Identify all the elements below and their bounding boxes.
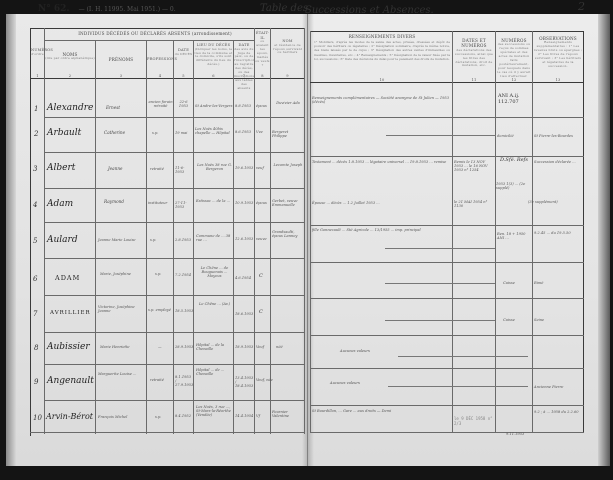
entry-status: veuf xyxy=(256,166,270,170)
col-header-notice-date: DATEdes avis du Juge de paix, ou de l'in… xyxy=(234,43,254,90)
entry-info: St Bourdillon, ... Gare ... aux droits —… xyxy=(312,409,442,413)
col-header-info-notes: 1° Mobiliers, d'après les modes de la sa… xyxy=(314,40,450,61)
row-divider xyxy=(44,188,304,189)
col-sub: (Indiquer les noms, le lieu de la commun… xyxy=(194,48,233,67)
entry-name: Adam xyxy=(47,199,95,209)
col-sub: et résidence de l'époux survivant ou hér… xyxy=(271,44,304,56)
col-header-info: RENSEIGNEMENTS DIVERS xyxy=(312,34,452,39)
entry-death-date: 27-11-1953 xyxy=(175,201,192,209)
entry-observations: Seine xyxy=(534,318,584,322)
entry-name: Arvin-Bérot xyxy=(46,412,96,421)
col-header-death-place: LIEU DU DÉCÈS(Indiquer les noms, le lieu… xyxy=(194,43,233,67)
col-index: 12 xyxy=(496,78,532,83)
entry-numbers: 9.11.1953 xyxy=(506,432,532,436)
entry-name: Angenault xyxy=(47,376,95,386)
right-page-edge xyxy=(598,14,610,466)
entry-first-names: Ernest xyxy=(106,106,146,111)
entry-observations: 9.2.45 ... du 19.5.50 xyxy=(534,231,584,235)
col-index: 1 xyxy=(31,74,44,79)
entry-number: 9 xyxy=(34,378,38,386)
entry-notice-date: 8.6.1953 xyxy=(235,130,254,134)
entry-status: veuve xyxy=(256,237,270,241)
entry-number: 8 xyxy=(34,344,38,352)
entry-notice-date: 10.9.1953 xyxy=(235,201,254,205)
row-divider xyxy=(310,368,584,369)
entry-name: Alexandre xyxy=(47,103,95,113)
entry-profession: ancien forain retraité xyxy=(148,100,173,108)
blank-rule xyxy=(388,386,528,387)
entry-name: AVRILLIER xyxy=(50,310,95,316)
entry-death-date: 7.2.1954 xyxy=(175,273,192,277)
entry-death-date: 22-6 1953 xyxy=(175,100,192,108)
blank-rule xyxy=(398,356,528,357)
col-header-status: ÉTAIT-ILou avaient les époux, mariés ou … xyxy=(255,31,270,68)
register-no-text: N° 62. xyxy=(38,4,70,14)
entry-death-date: 28.9.1953 xyxy=(175,345,192,349)
col-sub: d'ordre xyxy=(31,53,44,57)
entry-number: 2 xyxy=(34,130,38,138)
entry-profession: s.p. xyxy=(155,415,173,419)
entry-observations: 9.2 ; à ... 1958 du 2.2.60 xyxy=(534,410,584,414)
col-index: 8 xyxy=(255,74,270,79)
entry-info: Renseignements complémentaires — Société… xyxy=(312,96,452,104)
entry-survivor: Bergeret Philippe xyxy=(272,130,304,138)
entry-name: Albert xyxy=(47,163,95,173)
row-divider xyxy=(44,258,304,259)
row-divider xyxy=(44,400,304,401)
row-divider xyxy=(44,117,304,118)
col-index: 13 xyxy=(533,78,583,83)
blank-rule xyxy=(385,248,495,249)
table-bottom-rule xyxy=(30,432,305,433)
col-sub: ou avaient les époux, mariés ou veufs ? xyxy=(255,40,270,67)
col-sub: du DÉCÈS xyxy=(174,53,193,57)
entry-death-place: Hôpital ... de ... Chenaille xyxy=(196,368,233,376)
entry-number: 7 xyxy=(33,310,37,318)
col-header-name: NOMS(lire par ordre alphabétique) xyxy=(45,52,95,61)
entry-name: Aulard xyxy=(47,235,95,245)
col-sub: des avis du Juge de paix, ou de l'inscri… xyxy=(234,48,254,91)
right-table-left-border xyxy=(310,31,311,433)
col-index: 6 xyxy=(194,74,233,79)
col-sub: des successions ou reçus de sommes spéci… xyxy=(496,43,532,78)
page-number: 2 xyxy=(578,0,585,13)
table-top-border xyxy=(30,28,305,29)
entry-numbers: D.Sfé. Refs xyxy=(500,158,532,164)
entry-survivor: Lecomte Joseph xyxy=(272,163,304,167)
entry-notice-date: 14.4.1954 xyxy=(235,414,254,418)
entry-death-place: Les Noës 38 rue G. Bergeron xyxy=(196,163,233,171)
entry-number: 6 xyxy=(33,275,37,283)
col-divider xyxy=(270,28,271,434)
entry-observations: (3e supplément) xyxy=(528,200,578,204)
col-sub: Renseignements supplémentaires : 1° Les … xyxy=(533,41,583,68)
col-divider xyxy=(254,28,255,434)
blank-rule xyxy=(385,283,495,284)
col-divider xyxy=(452,31,453,433)
entry-profession: s.p. employé xyxy=(148,308,173,312)
entry-death-place: Estissac ... de la ... xyxy=(196,199,233,203)
col-header-survivor: NOMet résidence de l'époux survivant ou … xyxy=(271,39,304,55)
row-divider xyxy=(310,335,584,336)
col-index: 10 xyxy=(312,78,452,83)
col-index: 5 xyxy=(174,74,193,79)
col-index: 4 xyxy=(147,74,173,79)
entry-first-names: François Michel xyxy=(98,415,146,419)
entry-death-place: Le Chêne ... de Bouguenais ... Moyeux xyxy=(196,266,233,278)
entry-info: fille Gonnecault ... Sté Agricole ... 13… xyxy=(312,228,452,232)
entry-profession: retraité xyxy=(150,167,172,171)
entry-death-place: Commune de ... 38 rue ... xyxy=(196,234,233,242)
col-header-profession: PROFESSIONS xyxy=(147,57,173,62)
entry-death-date: 18.5.1953 xyxy=(175,309,192,313)
entry-survivor: Fournier Valentine xyxy=(272,410,304,418)
entry-info: Testament ... décès 1.8.1953 ... légatai… xyxy=(312,160,452,164)
entry-numbers: ANI A.ij. 112.707 xyxy=(498,94,532,106)
entry-info: Épouse ... décès ... 1.2 Juillet 1953 ..… xyxy=(312,201,452,205)
entry-observations: Rimé xyxy=(534,281,584,285)
entry-name: Arbault xyxy=(47,128,95,138)
entry-number: 3 xyxy=(33,165,37,173)
col-divider xyxy=(44,28,45,434)
entry-notice-date: 12.6.1953 xyxy=(235,237,254,241)
entry-number: 5 xyxy=(33,237,37,245)
entry-observations: St Pierre-les-Bourdes xyxy=(534,134,584,138)
row-divider xyxy=(310,117,584,118)
entry-first-names: Marguerite Louise ... xyxy=(98,372,146,376)
col-label: DATES ET NUMÉROS xyxy=(461,38,486,48)
col-index: 3 xyxy=(96,74,146,79)
entry-death-date: 11-6-1953 xyxy=(175,166,192,174)
col-index: 11 xyxy=(453,78,495,83)
row-divider xyxy=(310,405,584,406)
entry-status: C xyxy=(259,310,269,316)
col-header-num: NUMÉROSd'ordre xyxy=(31,48,44,57)
entry-first-names: Marie Henriette xyxy=(100,345,146,349)
entry-first-names: Jeanne xyxy=(108,167,146,172)
entry-death-date: 8.4.1952 xyxy=(175,414,192,418)
entry-survivor: Gerbet, veuve Emmanuelle xyxy=(272,199,304,207)
group-header-rule xyxy=(44,40,254,41)
entry-observations: Ancienne Pierre xyxy=(534,385,584,389)
entry-first-names: Raymond xyxy=(104,200,146,205)
entry-death-place: Le Chêne ... (Av.) xyxy=(196,302,233,306)
entry-profession: — xyxy=(158,345,170,349)
col-divider xyxy=(95,40,96,434)
entry-status: époux xyxy=(256,201,270,205)
col-divider xyxy=(304,28,305,434)
entry-notice-date: 4.6.1954 xyxy=(235,276,254,280)
col-divider xyxy=(495,31,496,433)
entry-profession: instituteur xyxy=(148,201,173,205)
entry-status: Vf xyxy=(256,414,270,418)
blank-rule xyxy=(386,135,496,136)
left-page-edge xyxy=(6,14,16,466)
entry-profession: s.p. xyxy=(155,272,173,276)
entry-profession: retraité xyxy=(150,378,172,382)
entry-death-place: Les Noës 40bis chapelle — Hôpital xyxy=(195,127,233,135)
right-table-top-border xyxy=(310,31,584,32)
entry-survivor: néé xyxy=(276,345,304,349)
entry-status: époux xyxy=(256,104,270,108)
col-header-firstnames: PRÉNOMS xyxy=(96,57,146,62)
register-ref-text: — (I. H. 11995. Mai 1951.) — 0. xyxy=(79,6,176,13)
title-right: Successions et Absences. xyxy=(305,5,434,16)
entry-survivor: Grandsaulti, époux Lannoy xyxy=(272,230,304,238)
col-divider xyxy=(173,40,174,434)
entry-death-place: Hôpital ... de la Chenaille xyxy=(196,343,233,351)
entry-info: Aucunes valeurs xyxy=(330,381,390,385)
row-divider xyxy=(310,298,584,299)
row-divider xyxy=(44,152,304,153)
entry-notice-date: 19.6.1953 xyxy=(235,166,254,170)
entry-name: Aubissier xyxy=(47,342,95,352)
col-index: 2 xyxy=(45,74,95,79)
entry-name: ADAM xyxy=(55,275,95,282)
col-divider xyxy=(532,31,533,433)
col-index: 9 xyxy=(271,74,304,79)
entry-status: Veuf, née xyxy=(256,378,286,382)
entry-status: C xyxy=(259,274,269,280)
col-divider xyxy=(233,40,234,434)
row-divider xyxy=(310,262,584,263)
entry-first-names: Jeanne Marie Louise xyxy=(98,238,146,242)
entry-observations: Succession déclarée ... xyxy=(534,160,584,164)
entry-notice-date: 18.9.1953 xyxy=(235,345,254,349)
col-sub: des déclarations des successions, ainsi … xyxy=(453,49,495,68)
entry-profession: s.p. xyxy=(150,238,172,242)
blank-rule xyxy=(385,320,495,321)
entry-first-names: Catherine xyxy=(104,131,146,136)
col-header-declarations: DATES ET NUMÉROSdes déclarations des suc… xyxy=(453,38,495,68)
right-table-bottom-rule xyxy=(310,432,584,433)
entry-numbers: 1953 1(3) ... (2e supplé) xyxy=(496,182,536,190)
entry-info: Aucunes valeurs xyxy=(340,349,400,353)
row-divider xyxy=(310,225,584,226)
entry-survivor: Duvivier Ada xyxy=(272,101,304,105)
entry-death-place: St Andre-les-Vergers xyxy=(195,104,233,108)
entry-notice-date: 18.6.1953 xyxy=(235,312,254,316)
title-left: Table des xyxy=(260,3,308,14)
entry-status: Vve xyxy=(256,130,270,134)
col-header-numbers: NUMÉROSdes successions ou reçus de somme… xyxy=(496,38,532,78)
group-header: INDIVIDUS DÉCÉDÉS OU DÉCLARÉS ABSENTS (a… xyxy=(60,31,250,36)
col-divider xyxy=(146,40,147,434)
row-divider xyxy=(44,222,304,223)
entry-death-date: 19 mai xyxy=(175,131,192,135)
row-divider xyxy=(44,364,304,365)
register-number: N° 62. — (I. H. 11995. Mai 1951.) — 0. xyxy=(38,4,176,14)
entry-status: Veuf xyxy=(256,345,270,349)
col-sub: (lire par ordre alphabétique) xyxy=(45,57,95,61)
col-header-observations: OBSERVATIONSRenseignements supplémentair… xyxy=(533,36,583,69)
col-header-death-date: DATEdu DÉCÈS xyxy=(174,48,193,57)
entry-death-date: 8.1.1953 / 27.9.1953 xyxy=(175,375,192,387)
col-index: 7 xyxy=(234,74,254,79)
row-divider xyxy=(44,295,304,296)
entry-number: 4 xyxy=(33,201,37,209)
entry-numbers: domicilié xyxy=(497,134,532,138)
entry-notice-date: 8.8.1953 xyxy=(235,104,254,108)
entry-first-names: Victorine, Joséphine Jeanne xyxy=(98,305,146,313)
row-divider xyxy=(44,332,304,333)
entry-declarations: le 21 MAI 1954 n° 1130 xyxy=(454,200,495,208)
entry-numbers: Caisse xyxy=(503,281,532,285)
entry-numbers: Caisse xyxy=(503,318,532,322)
entry-notice-date: 13.4.1953 / 18.4.1953 xyxy=(235,376,254,388)
col-divider xyxy=(193,40,194,434)
entry-death-place: Les Noës, 3 rue ..., St-Mars-la-Réorthe … xyxy=(196,405,233,417)
entry-death-date: 2.8.1953 xyxy=(175,238,192,242)
entry-number: 1 xyxy=(34,105,38,113)
entry-first-names: Marie, Joséphine xyxy=(100,272,146,276)
entry-declarations: le 9 DÉC 1958 n° 2/3 xyxy=(454,417,496,426)
entry-declarations: Remis le 13 NOV 1953 ... le 16 NOV 1953 … xyxy=(454,160,495,172)
entry-profession: s.p. xyxy=(152,131,172,135)
row-divider xyxy=(310,156,584,157)
entry-numbers: Ren. 18 + 1950 ANI ... xyxy=(497,232,532,240)
table-left-border xyxy=(30,28,31,436)
entry-number: 10 xyxy=(33,414,42,422)
